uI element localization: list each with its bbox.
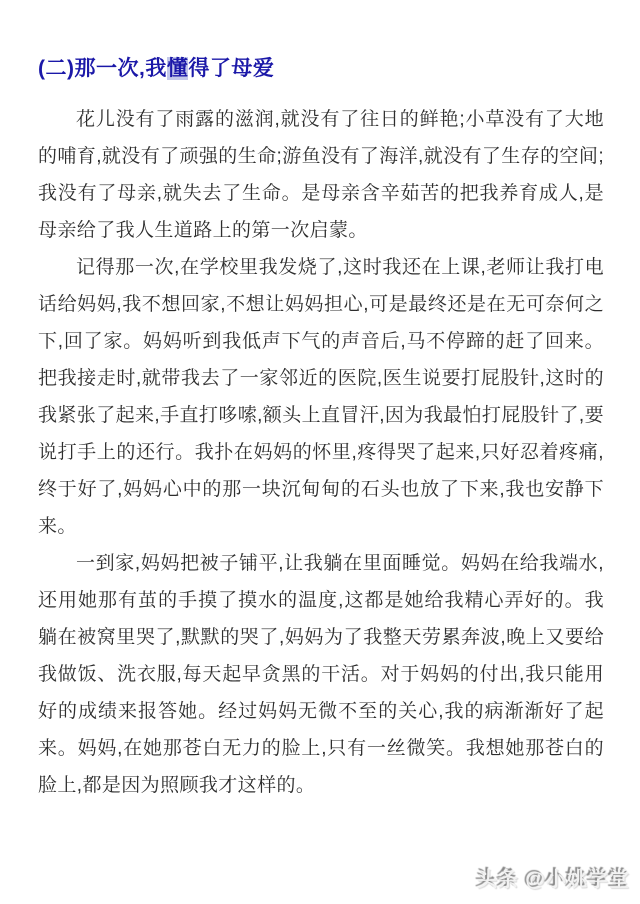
essay-title-prefix: (二)那一次,我 xyxy=(38,57,167,80)
essay-title: (二)那一次,我懂得了母爱 xyxy=(38,54,604,84)
essay-title-highlighted-char: 懂 xyxy=(167,57,189,80)
essay-title-suffix: 得了母爱 xyxy=(188,57,274,80)
paragraph-1: 花儿没有了雨露的滋润,就没有了往日的鲜艳;小草没有了大地的哺育,就没有了顽强的生… xyxy=(38,101,604,249)
essay-body: 花儿没有了雨露的滋润,就没有了往日的鲜艳;小草没有了大地的哺育,就没有了顽强的生… xyxy=(38,101,604,804)
paragraph-3: 一到家,妈妈把被子铺平,让我躺在里面睡觉。妈妈在给我端水,还用她那有茧的手摸了摸… xyxy=(38,545,604,804)
essay-page: (二)那一次,我懂得了母爱 花儿没有了雨露的滋润,就没有了往日的鲜艳;小草没有了… xyxy=(0,0,640,904)
toutiao-watermark: 头条 @小姚学堂 xyxy=(477,863,630,892)
paragraph-2: 记得那一次,在学校里我发烧了,这时我还在上课,老师让我打电话给妈妈,我不想回家,… xyxy=(38,249,604,545)
